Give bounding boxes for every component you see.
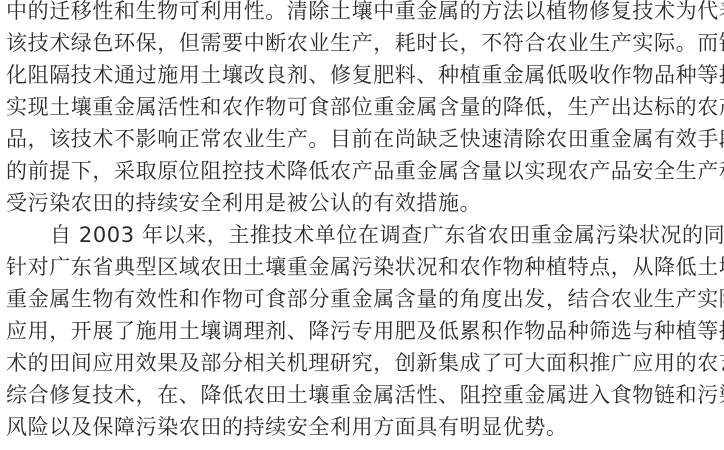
text-line: 针对广东省典型区域农田土壤重金属污染状况和农作物种植特点，从降低土壤 bbox=[6, 251, 720, 283]
text-line: 术的田间应用效果及部分相关机理研究，创新集成了可大面积推广应用的农艺 bbox=[6, 347, 720, 379]
text-line: 重金属生物有效性和作物可食部分重金属含量的角度出发，结合农业生产实际 bbox=[6, 283, 720, 315]
text-line: 该技术绿色环保，但需要中断农业生产，耗时长，不符合农业生产实际。而钝 bbox=[6, 27, 720, 59]
text-line: 中的迁移性和生物可利用性。清除土壤中重金属的方法以植物修复技术为代表， bbox=[6, 0, 720, 27]
text-line: 风险以及保障污染农田的持续安全利用方面具有明显优势。 bbox=[6, 411, 720, 443]
document-page: 中的迁移性和生物可利用性。清除土壤中重金属的方法以植物修复技术为代表， 该技术绿… bbox=[0, 0, 724, 450]
text-line: 实现土壤重金属活性和农作物可食部位重金属含量的降低，生产出达标的农产 bbox=[6, 91, 720, 123]
paragraph-1: 中的迁移性和生物可利用性。清除土壤中重金属的方法以植物修复技术为代表， 该技术绿… bbox=[6, 0, 720, 224]
text-line: 应用，开展了施用土壤调理剂、降污专用肥及低累积作物品种筛选与种植等技 bbox=[6, 315, 720, 347]
paragraph-2: 自 2003 年以来，主推技术单位在调查广东省农田重金属污染状况的同时， 针对广… bbox=[6, 224, 720, 448]
text-line: 的前提下，采取原位阻控技术降低农产品重金属含量以实现农产品安全生产和 bbox=[6, 155, 720, 187]
text-line: 受污染农田的持续安全利用是被公认的有效措施。 bbox=[6, 187, 720, 219]
text-line: 综合修复技术，在、降低农田土壤重金属活性、阻控重金属进入食物链和污染 bbox=[6, 379, 720, 411]
text-line: 自 2003 年以来，主推技术单位在调查广东省农田重金属污染状况的同时， bbox=[6, 219, 720, 251]
text-line: 品，该技术不影响正常农业生产。目前在尚缺乏快速清除农田重金属有效手段 bbox=[6, 123, 720, 155]
text-line: 化阻隔技术通过施用土壤改良剂、修复肥料、种植重金属低吸收作物品种等措施， bbox=[6, 59, 720, 91]
